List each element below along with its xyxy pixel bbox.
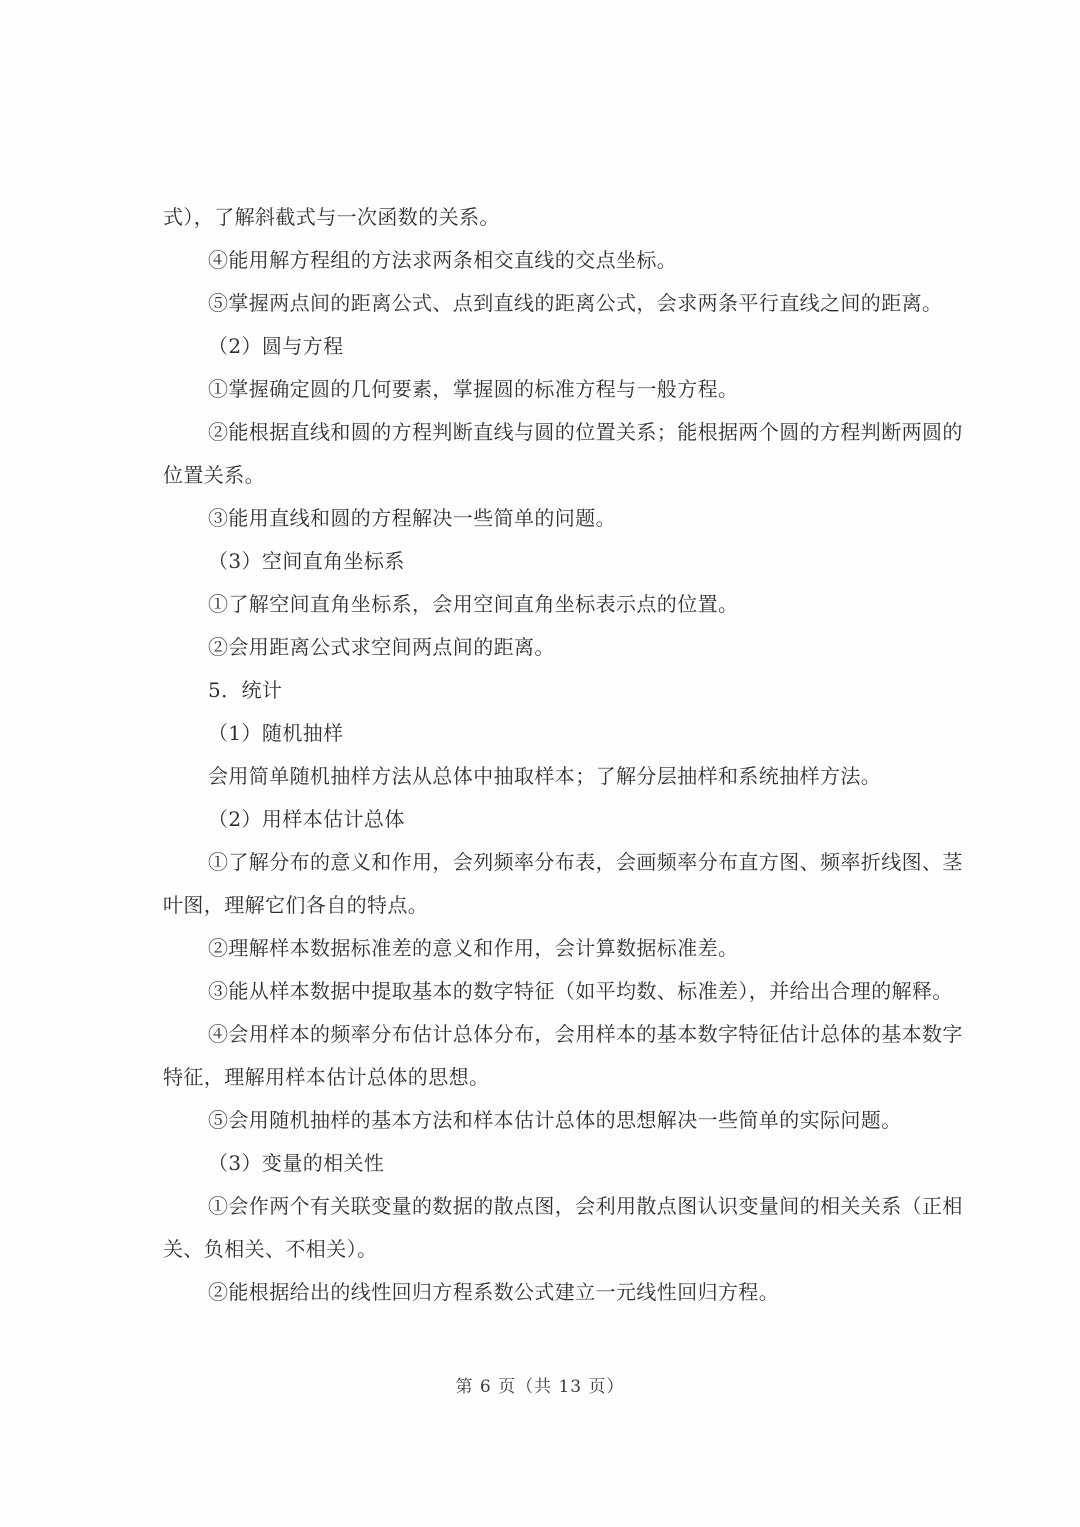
- text-line: ⑤会用随机抽样的基本方法和样本估计总体的思想解决一些简单的实际问题。: [163, 1099, 938, 1142]
- text-line: ①了解空间直角坐标系，会用空间直角坐标表示点的位置。: [163, 583, 938, 626]
- text-line: 关、负相关、不相关）。: [163, 1228, 938, 1271]
- text-line: ⑤掌握两点间的距离公式、点到直线的距离公式，会求两条平行直线之间的距离。: [163, 282, 938, 325]
- text-line: ③能用直线和圆的方程解决一些简单的问题。: [163, 497, 938, 540]
- text-line: 会用简单随机抽样方法从总体中抽取样本；了解分层抽样和系统抽样方法。: [163, 755, 938, 798]
- text-line: ④能用解方程组的方法求两条相交直线的交点坐标。: [163, 239, 938, 282]
- text-line: ①掌握确定圆的几何要素，掌握圆的标准方程与一般方程。: [163, 368, 938, 411]
- text-line: 式），了解斜截式与一次函数的关系。: [163, 196, 938, 239]
- text-line: ③能从样本数据中提取基本的数字特征（如平均数、标准差），并给出合理的解释。: [163, 970, 938, 1013]
- text-line: ②会用距离公式求空间两点间的距离。: [163, 626, 938, 669]
- text-line: ②能根据直线和圆的方程判断直线与圆的位置关系；能根据两个圆的方程判断两圆的: [163, 411, 938, 454]
- text-line: （2）用样本估计总体: [163, 798, 938, 841]
- document-body: 式），了解斜截式与一次函数的关系。④能用解方程组的方法求两条相交直线的交点坐标。…: [163, 196, 938, 1314]
- text-line: ②能根据给出的线性回归方程系数公式建立一元线性回归方程。: [163, 1271, 938, 1314]
- text-line: 5．统计: [163, 669, 938, 712]
- text-line: （2）圆与方程: [163, 325, 938, 368]
- text-line: （3）变量的相关性: [163, 1142, 938, 1185]
- text-line: ②理解样本数据标准差的意义和作用，会计算数据标准差。: [163, 927, 938, 970]
- text-line: 位置关系。: [163, 454, 938, 497]
- page-footer: 第 6 页（共 13 页）: [0, 1372, 1080, 1397]
- document-page: 式），了解斜截式与一次函数的关系。④能用解方程组的方法求两条相交直线的交点坐标。…: [0, 0, 1080, 1527]
- text-line: 叶图，理解它们各自的特点。: [163, 884, 938, 927]
- text-line: 特征，理解用样本估计总体的思想。: [163, 1056, 938, 1099]
- text-line: （1）随机抽样: [163, 712, 938, 755]
- text-line: ④会用样本的频率分布估计总体分布，会用样本的基本数字特征估计总体的基本数字: [163, 1013, 938, 1056]
- text-line: （3）空间直角坐标系: [163, 540, 938, 583]
- text-line: ①会作两个有关联变量的数据的散点图，会利用散点图认识变量间的相关关系（正相: [163, 1185, 938, 1228]
- text-line: ①了解分布的意义和作用，会列频率分布表，会画频率分布直方图、频率折线图、茎: [163, 841, 938, 884]
